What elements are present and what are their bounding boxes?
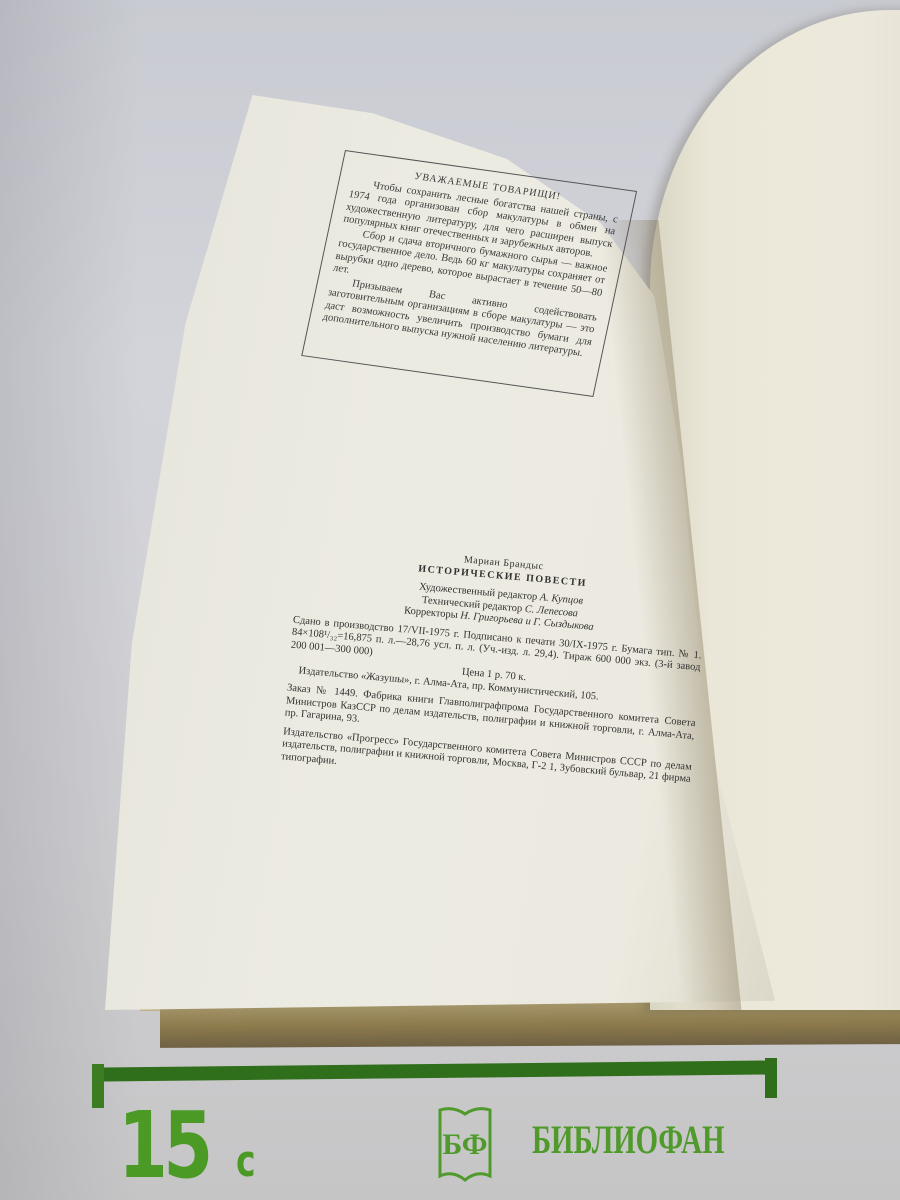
label-top-bar	[92, 1060, 777, 1081]
logo-letters: БФ	[442, 1128, 487, 1161]
open-book-icon: БФ	[437, 1106, 493, 1186]
shop-logo-name: БИБЛИОФАН	[532, 1118, 725, 1162]
label-bar-left-tick	[92, 1064, 104, 1108]
shop-price-unit: с	[236, 1140, 256, 1184]
background-shadow	[0, 0, 140, 1200]
imprint-block: Мариан Брандыс ИСТОРИЧЕСКИЕ ПОВЕСТИ Худо…	[280, 540, 708, 799]
waste-paper-notice-box: УВАЖАЕМЫЕ ТОВАРИЩИ! Чтобы сохранить лесн…	[301, 150, 637, 397]
shop-price-number: 15	[118, 1100, 209, 1192]
label-bar-right-tick	[765, 1058, 777, 1098]
